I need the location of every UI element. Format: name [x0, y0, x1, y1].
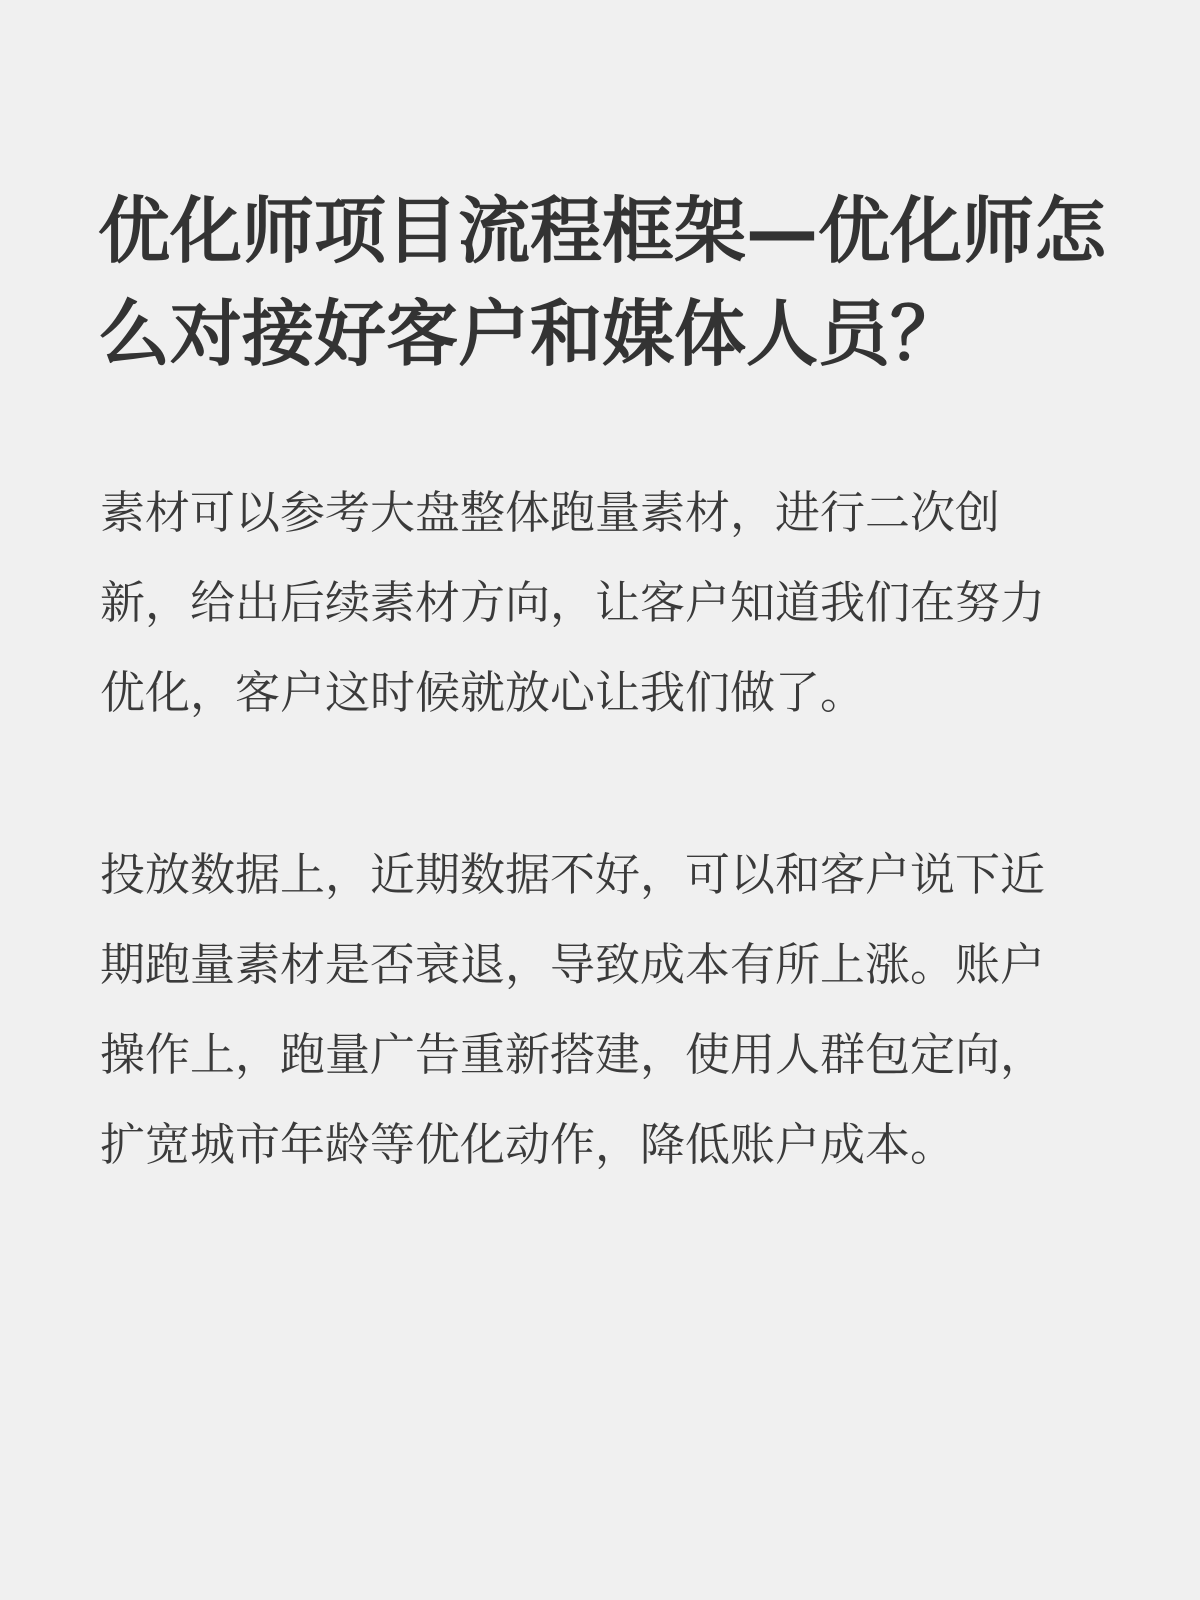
- title-line: 优化师项目流程框架—优化师怎: [98, 180, 1108, 283]
- paragraph-line: 素材可以参考大盘整体跑量素材，进行二次创: [100, 468, 1110, 558]
- paragraph-line: 操作上，跑量广告重新搭建，使用人群包定向，: [100, 1010, 1110, 1100]
- title-line: 么对接好客户和媒体人员？: [98, 283, 1108, 386]
- paragraph-line: 投放数据上，近期数据不好，可以和客户说下近: [100, 830, 1110, 920]
- document-page: 优化师项目流程框架—优化师怎 么对接好客户和媒体人员？ 素材可以参考大盘整体跑量…: [0, 0, 1200, 1600]
- paragraph-line: 优化，客户这时候就放心让我们做了。: [100, 648, 1110, 738]
- paragraph-materials: 素材可以参考大盘整体跑量素材，进行二次创 新，给出后续素材方向，让客户知道我们在…: [100, 468, 1110, 738]
- paragraph-line: 期跑量素材是否衰退，导致成本有所上涨。账户: [100, 920, 1110, 1010]
- paragraph-delivery-data: 投放数据上，近期数据不好，可以和客户说下近 期跑量素材是否衰退，导致成本有所上涨…: [100, 830, 1110, 1190]
- paragraph-line: 扩宽城市年龄等优化动作，降低账户成本。: [100, 1100, 1110, 1190]
- page-title: 优化师项目流程框架—优化师怎 么对接好客户和媒体人员？: [98, 180, 1108, 386]
- paragraph-line: 新，给出后续素材方向，让客户知道我们在努力: [100, 558, 1110, 648]
